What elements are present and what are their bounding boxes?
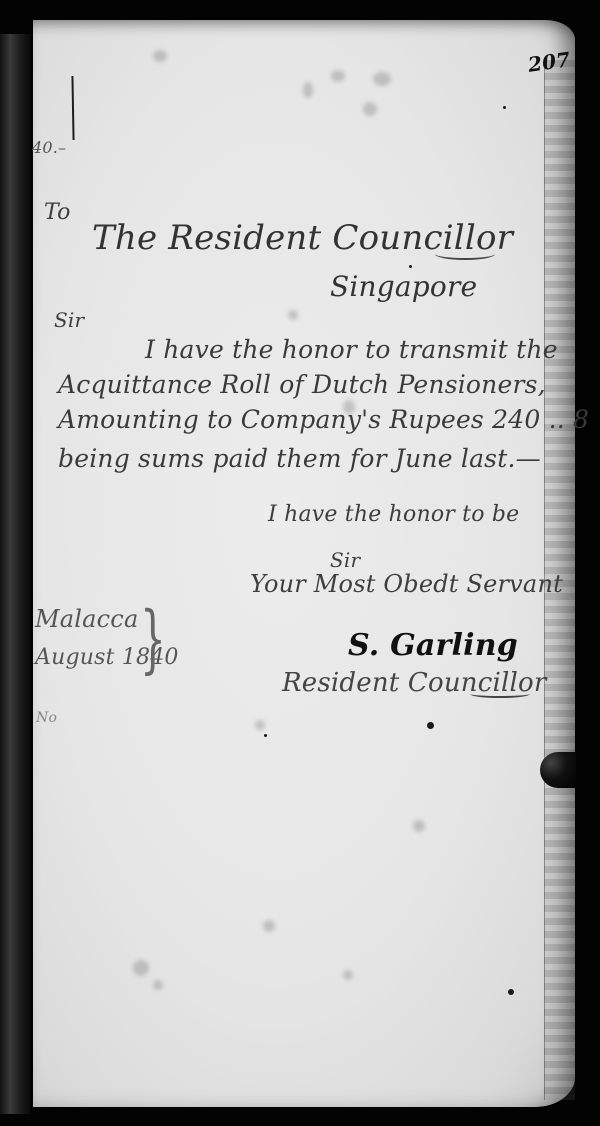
ink-dot: [409, 265, 412, 268]
ink-dot: [427, 722, 434, 729]
closing-line-1: I have the honor to be: [268, 502, 519, 527]
stain-spot: [133, 960, 149, 976]
stain-spot: [153, 980, 163, 990]
stain-spot: [331, 70, 345, 82]
addressee-place: Singapore: [330, 270, 477, 303]
closing-line-2: Sir: [330, 548, 360, 572]
ink-dot: [503, 106, 506, 109]
stain-spot: [343, 970, 353, 980]
stain-spot: [413, 820, 425, 832]
side-mark: No: [36, 710, 57, 726]
body-line-3: Amounting to Company's Rupees 240 .. 8: [58, 405, 589, 434]
side-note-bracket: }: [140, 596, 166, 682]
stain-spot: [263, 920, 275, 932]
signature: S. Garling: [348, 628, 518, 663]
stain-spot: [153, 50, 167, 62]
salutation-sir: Sir: [54, 308, 84, 332]
side-note-place: Malacca: [35, 605, 138, 633]
stain-spot: [363, 102, 377, 116]
body-line-4: being sums paid them for June last.—: [58, 444, 541, 473]
ink-dot: [264, 734, 267, 737]
binding-clip: [540, 752, 576, 788]
body-line-1: I have the honor to transmit the: [145, 335, 558, 364]
closing-line-3: Your Most Obedt Servant: [250, 570, 563, 598]
book-binding: [0, 34, 30, 1114]
salutation-to: To: [44, 200, 71, 225]
stain-spot: [288, 310, 298, 320]
stain-spot: [373, 72, 391, 86]
stain-spot: [303, 82, 313, 98]
signature-flourish: [470, 690, 530, 698]
margin-reference: 40.–: [32, 138, 66, 157]
body-line-2: Acquittance Roll of Dutch Pensioners,: [58, 370, 546, 399]
letter-page: [33, 20, 575, 1107]
microfilm-scan: 207 40.– To The Resident Councillor Sing…: [0, 0, 600, 1126]
ink-dot: [508, 989, 514, 995]
addressee-flourish: [435, 248, 495, 260]
stain-spot: [255, 720, 265, 730]
